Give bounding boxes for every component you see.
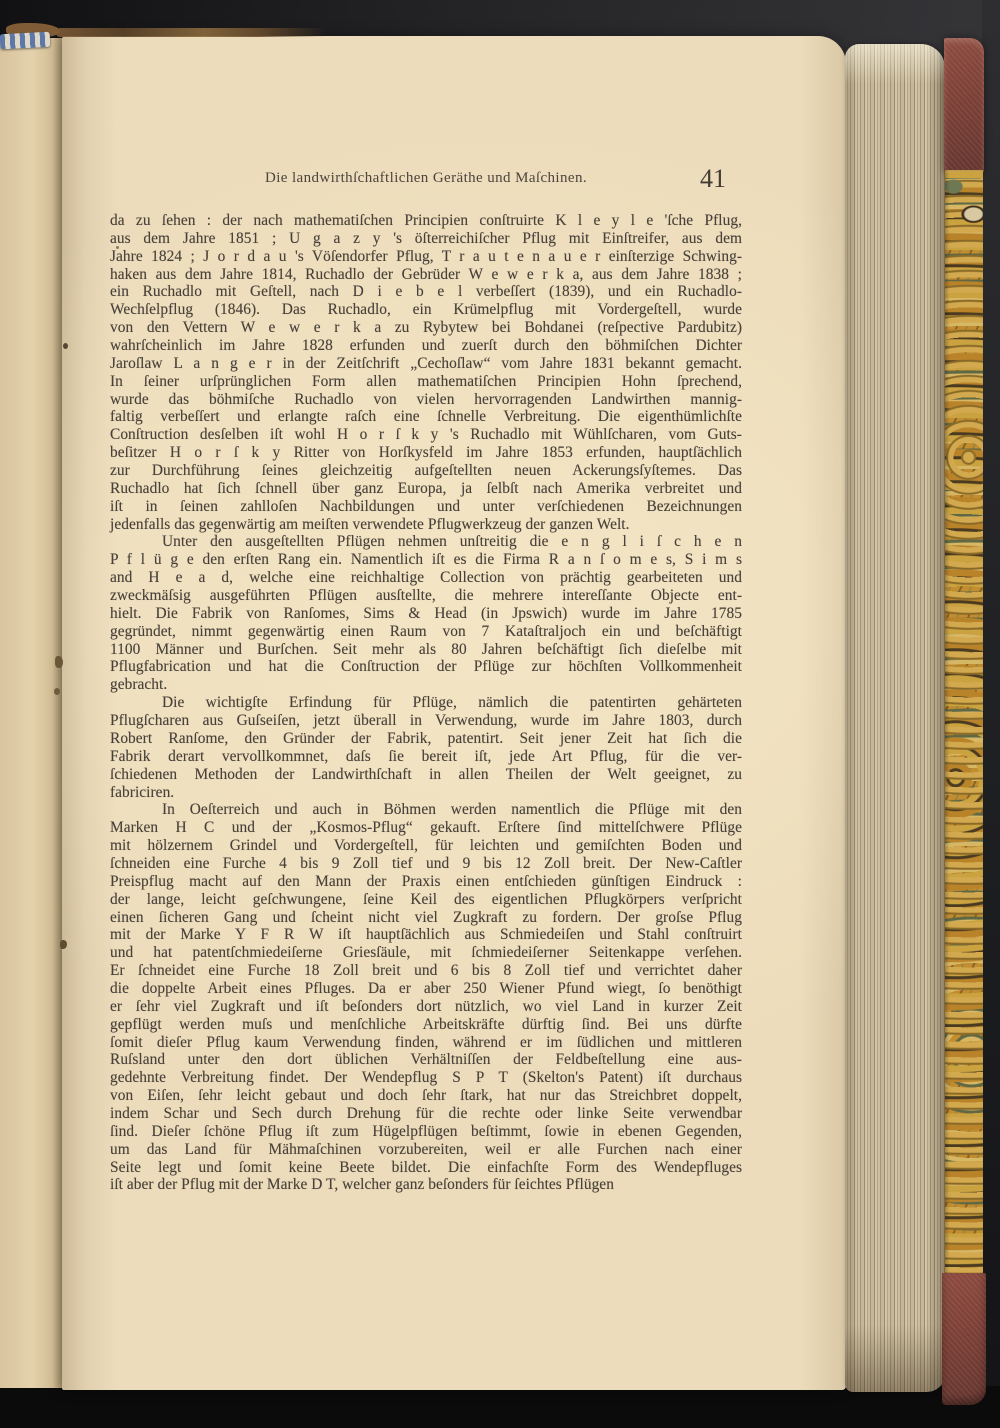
text-line: 1100 Männer und Burſchen. Seit mehr als … bbox=[110, 641, 742, 659]
text-line: er ſehr viel Zugkraft und iſt beſonders … bbox=[110, 998, 742, 1016]
text-line: von Eiſen, ſehr leicht gebaut und doch ſ… bbox=[110, 1087, 742, 1105]
cover-leather-corner-bottom bbox=[942, 1273, 986, 1405]
text-line: mit hölzernem Grindel und Vordergeſtell,… bbox=[110, 837, 742, 855]
text-line: Unter den ausgeſtellten Pflügen nehmen u… bbox=[110, 533, 742, 551]
text-line: Ruchadlo hat ſich ſchnell über ganz Euro… bbox=[110, 480, 742, 498]
text-line: iſt in ſeinen zahlloſen Nachbildungen un… bbox=[110, 498, 742, 516]
running-title: Die landwirthſchaftlichen Geräthe und Ma… bbox=[110, 170, 742, 187]
fore-edge-page-stack bbox=[845, 44, 945, 1392]
page-speck bbox=[55, 656, 63, 668]
page-number: 41 bbox=[700, 164, 726, 194]
page-speck bbox=[63, 343, 68, 349]
text-line: ſchiedenen Methoden der Landwirthſchaft … bbox=[110, 766, 742, 784]
text-line: die doppelte Arbeit eines Pfluges. Da er… bbox=[110, 980, 742, 998]
text-line: da zu ſehen : der nach mathematiſchen Pr… bbox=[110, 212, 742, 230]
text-line: In Oeſterreich und auch in Böhmen werden… bbox=[110, 801, 742, 819]
text-line: gepflügt werden muſs und menſchliche Arb… bbox=[110, 1016, 742, 1034]
text-line: iſt aber der Pflug mit der Marke D T, we… bbox=[110, 1176, 742, 1194]
text-line: Wechſelpflug (1846). Das Ruchadlo, ein K… bbox=[110, 301, 742, 319]
text-line: Pflugſcharen aus Guſseiſen, jetzt überal… bbox=[110, 712, 742, 730]
text-line: der lange, leicht geſchwungene, ſeine Ke… bbox=[110, 891, 742, 909]
text-line: P f l ü g e den erſten Rang ein. Namentl… bbox=[110, 551, 742, 569]
cover-marbled-paper bbox=[945, 170, 983, 1275]
text-line: von den Vettern W e w e r k a zu Rybytew… bbox=[110, 319, 742, 337]
text-line: Er ſchneidet eine Furche 18 Zoll breit u… bbox=[110, 962, 742, 980]
text-line: gedehnte Verbreitung findet. Der Wendepf… bbox=[110, 1069, 742, 1087]
text-line: um das Land für Mähmaſchinen vorzubereit… bbox=[110, 1141, 742, 1159]
cover-leather-corner-top bbox=[944, 38, 984, 172]
text-block: da zu ſehen : der nach mathematiſchen Pr… bbox=[110, 212, 742, 1194]
text-line: Fabrik derart vervollkommnet, daſs ſie b… bbox=[110, 748, 742, 766]
gutter-page-edge bbox=[0, 38, 64, 1388]
text-line: Jaroſlaw L a n g e r in der Zeitſchrift … bbox=[110, 355, 742, 373]
text-line: ein Ruchadlo mit Geſtell, nach D i e b e… bbox=[110, 283, 742, 301]
text-line: wurde das böhmiſche Ruchadlo von vielen … bbox=[110, 391, 742, 409]
headband bbox=[0, 32, 50, 50]
text-line: ſomit dieſer Pflug kaum Verwendung finde… bbox=[110, 1034, 742, 1052]
text-line: Die wichtigſte Erfindung für Pflüge, näm… bbox=[110, 694, 742, 712]
text-line: faltig verbeſſert und erlangte raſch ein… bbox=[110, 408, 742, 426]
text-line: jedenfalls das gegenwärtig am meiſten ve… bbox=[110, 516, 742, 534]
text-line: Preispflug macht auf den Mann der Praxis… bbox=[110, 873, 742, 891]
text-line: mit der Marke Y F R W iſt hauptſächlich … bbox=[110, 926, 742, 944]
text-line: und hat patentſchmiedeiſerne Griesſäule,… bbox=[110, 944, 742, 962]
photo-background-bottom bbox=[0, 1386, 1000, 1428]
text-line: gebracht. bbox=[110, 676, 742, 694]
text-line: indem Schar und Sech durch Drehung für d… bbox=[110, 1105, 742, 1123]
page-header: Die landwirthſchaftlichen Geräthe und Ma… bbox=[110, 170, 742, 204]
text-line: zur Durchführung ſeines gleichzeitig auf… bbox=[110, 462, 742, 480]
text-line: Jahre 1824 ; J o r d a u 's Vöſendorfer … bbox=[110, 248, 742, 266]
text-line: ſchneiden eine Furche 4 bis 9 Zoll tief … bbox=[110, 855, 742, 873]
text-line: einen ſicheren Gang und ſcheint nicht vi… bbox=[110, 909, 742, 927]
text-line: Marken H C und der „Kosmos-Pflug“ gekauf… bbox=[110, 819, 742, 837]
text-line: Seite legt und ſomit keine Beete bildet.… bbox=[110, 1159, 742, 1177]
text-line: and H e a d, welche eine reichhaltige Co… bbox=[110, 569, 742, 587]
text-line: Ruſsland unter den dort üblichen Verhält… bbox=[110, 1051, 742, 1069]
text-line: haken aus dem Jahre 1814, Ruchadlo der G… bbox=[110, 266, 742, 284]
text-line: Pflugfabrication und hat die Conſtructio… bbox=[110, 658, 742, 676]
text-line: zweckmäſsig ausgeführten Pflügen ausſtel… bbox=[110, 587, 742, 605]
text-line: ſind. Dieſer ſchöne Pflug iſt zum Hügelp… bbox=[110, 1123, 742, 1141]
text-line: hielt. Die Fabrik von Ranſomes, Sims & H… bbox=[110, 605, 742, 623]
text-line: In ſeiner urſprünglichen Form allen math… bbox=[110, 373, 742, 391]
text-line: fabriciren. bbox=[110, 784, 742, 802]
photo-background-right bbox=[982, 0, 1000, 1428]
text-line: aus dem Jahre 1851 ; U g a z y 's öſterr… bbox=[110, 230, 742, 248]
page-speck bbox=[54, 688, 60, 695]
text-line: Robert Ranſome, den Gründer der Fabrik, … bbox=[110, 730, 742, 748]
text-line: beſitzer H o r ſ k y Ritter von Horſkysf… bbox=[110, 444, 742, 462]
text-line: wahrſcheinlich im Jahre 1828 erfunden un… bbox=[110, 337, 742, 355]
text-line: gegründet, nimmt gegenwärtig einen Raum … bbox=[110, 623, 742, 641]
spine-top-edge bbox=[56, 28, 326, 37]
text-line: Conſtruction desſelben iſt wohl H o r ſ … bbox=[110, 426, 742, 444]
